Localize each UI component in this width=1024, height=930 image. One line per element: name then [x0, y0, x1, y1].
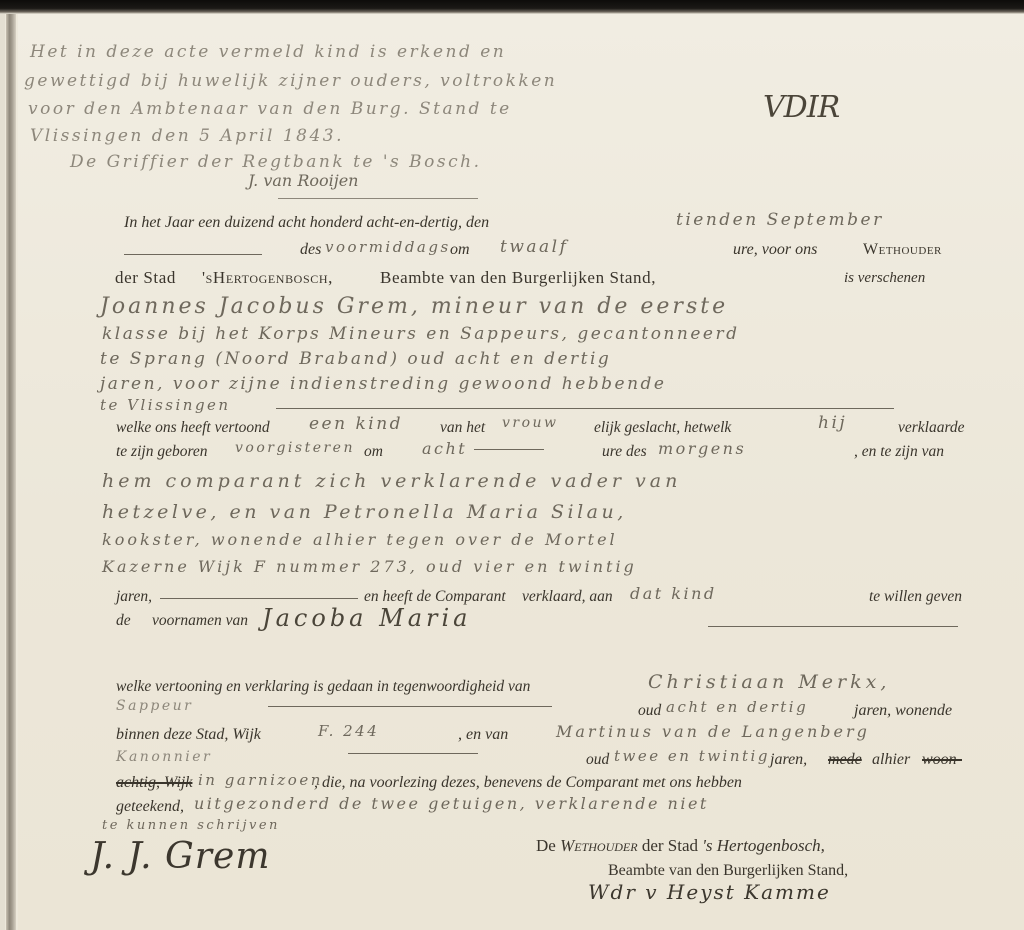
handwritten-line: te Sprang (Noord Braband) oud acht en de…: [100, 349, 611, 369]
struck-achtig-wijk: achtig, Wijk: [116, 774, 192, 792]
handwritten-line: kookster, wonende alhier tegen over de M…: [102, 530, 618, 549]
printed-wethouder: Wethouder: [560, 836, 638, 855]
printed-beambte: Beambte van den Burgerlijken Stand,: [380, 268, 656, 288]
marginal-note-line: Het in deze acte vermeld kind is erkend …: [30, 42, 506, 62]
page-top-edge: [0, 0, 1024, 14]
marginal-note-line: Vlissingen den 5 April 1843.: [30, 126, 344, 146]
official-signature: Wdr v Heyst Kamme: [588, 880, 831, 904]
printed-oud: oud: [638, 702, 661, 720]
printed-geteekend: geteekend,: [116, 798, 184, 816]
handwritten-hour: twaalf: [500, 237, 568, 257]
handwritten-day-part: voormiddags: [325, 238, 451, 256]
handwritten-morgens: morgens: [658, 439, 746, 458]
blank-rule: [474, 449, 544, 450]
blank-rule: [124, 254, 262, 255]
printed-jaren: jaren,: [116, 588, 152, 606]
handwritten-line: hetzelve, en van Petronella Maria Silau,: [102, 501, 627, 523]
printed-jaren-wonende: jaren, wonende: [854, 702, 952, 720]
witness1-occupation: Sappeur: [116, 698, 193, 714]
printed-vertoond: welke ons heeft vertoond: [116, 419, 270, 437]
printed-en-van: , en van: [458, 726, 508, 744]
witness2-name: Martinus van de Langenberg: [556, 722, 870, 741]
printed-voornamen: voornamen van: [152, 612, 248, 630]
printed-ure: ure, voor ons: [733, 241, 817, 259]
handwritten-gender: vrouw: [502, 415, 559, 431]
handwritten-line: Kazerne Wijk F nummer 273, oud vier en t…: [102, 557, 637, 576]
griffier-signature: J. van Rooijen: [248, 171, 358, 190]
printed-jaren: jaren,: [770, 751, 807, 769]
register-page: Het in deze acte vermeld kind is erkend …: [18, 14, 1024, 930]
printed-verklaard: verklaard, aan: [522, 588, 613, 606]
printed-geslacht: elijk geslacht, hetwelk: [594, 419, 731, 437]
printed-wethouder: Wethouder: [863, 241, 942, 259]
handwritten-dat-kind: dat kind: [630, 584, 717, 603]
marginal-note-line: gewettigd bij huwelijk zijner ouders, vo…: [24, 71, 557, 91]
printed-des: des: [300, 241, 321, 259]
handwritten-hour: acht: [422, 439, 467, 458]
marginal-note-line: voor den Ambtenaar van den Burg. Stand t…: [28, 99, 512, 119]
printed-te-zijn-van: , en te zijn van: [854, 443, 944, 461]
printed-die-voorlezing: , die, na voorlezing dezes, benevens de …: [314, 774, 742, 792]
witness1-name: Christiaan Merkx,: [648, 671, 890, 693]
official-title: De Wethouder der Stad 's Hertogenbosch,: [536, 836, 825, 856]
blank-rule: [708, 626, 958, 627]
handwritten-hij: hij: [818, 413, 847, 433]
handwritten-exception-cont: te kunnen schrijven: [102, 818, 280, 833]
witness1-wijk: F. 244: [318, 722, 379, 740]
printed-ure-des: ure des: [602, 443, 647, 461]
printed-is-verschenen: is verschenen: [844, 270, 925, 287]
struck-mede: mede: [828, 751, 862, 769]
blank-rule: [276, 408, 894, 409]
handwritten-child-names: Jacoba Maria: [262, 604, 471, 632]
initials-mark: VDIR: [763, 90, 839, 125]
printed-witness-intro: welke vertooning en verklaring is gedaan…: [116, 678, 530, 696]
printed-om: om: [450, 241, 470, 259]
blank-rule: [268, 706, 552, 707]
binding-edge: [0, 14, 5, 930]
comparant-signature: J. J. Grem: [90, 836, 270, 877]
printed-city: 'sHertogenbosch,: [202, 268, 333, 288]
handwritten-exception: uitgezonderd de twee getuigen, verklaren…: [194, 794, 709, 813]
printed-binnen-deze-stad: binnen deze Stad, Wijk: [116, 726, 261, 744]
printed-geboren: te zijn geboren: [116, 443, 208, 461]
handwritten-garnizoen: in garnizoen: [198, 771, 323, 789]
book-binding: [6, 14, 16, 930]
printed-om: om: [364, 443, 383, 461]
handwritten-line: jaren, voor zijne indienstreding gewoond…: [100, 374, 666, 394]
handwritten-day: voorgisteren: [235, 440, 355, 456]
marginal-note-closing: De Griffier der Regtbank te 's Bosch.: [70, 152, 482, 172]
printed-intro: In het Jaar een duizend acht honderd ach…: [124, 214, 489, 232]
signature-underline: [278, 198, 478, 199]
printed-city: 's Hertogenbosch,: [702, 836, 825, 855]
handwritten-date: tienden September: [676, 210, 884, 230]
struck-woon: woon-: [922, 751, 962, 769]
printed-alhier: alhier: [872, 751, 910, 769]
printed-te-willen-geven: te willen geven: [869, 588, 962, 606]
blank-rule: [348, 753, 478, 754]
blank-rule: [160, 598, 358, 599]
printed-verklaarde: verklaarde: [898, 419, 965, 437]
printed-van-het: van het: [440, 419, 485, 437]
handwritten-een-kind: een kind: [309, 414, 403, 434]
handwritten-line: klasse bij het Korps Mineurs en Sappeurs…: [102, 324, 739, 344]
handwritten-line: te Vlissingen: [100, 396, 231, 414]
printed-de: de: [116, 612, 131, 630]
official-role: Beambte van den Burgerlijken Stand,: [608, 862, 848, 880]
handwritten-line: Joannes Jacobus Grem, mineur van de eers…: [100, 294, 728, 319]
witness2-age: twee en twintig: [614, 747, 770, 765]
witness1-age: acht en dertig: [666, 698, 808, 716]
handwritten-line: hem comparant zich verklarende vader van: [102, 470, 681, 492]
witness2-occupation: Kanonnier: [116, 749, 212, 765]
printed-der-stad: der Stad: [115, 268, 176, 288]
printed-oud: oud: [586, 751, 609, 769]
printed-der-stad: der Stad: [642, 836, 698, 855]
printed-de: De: [536, 836, 556, 855]
